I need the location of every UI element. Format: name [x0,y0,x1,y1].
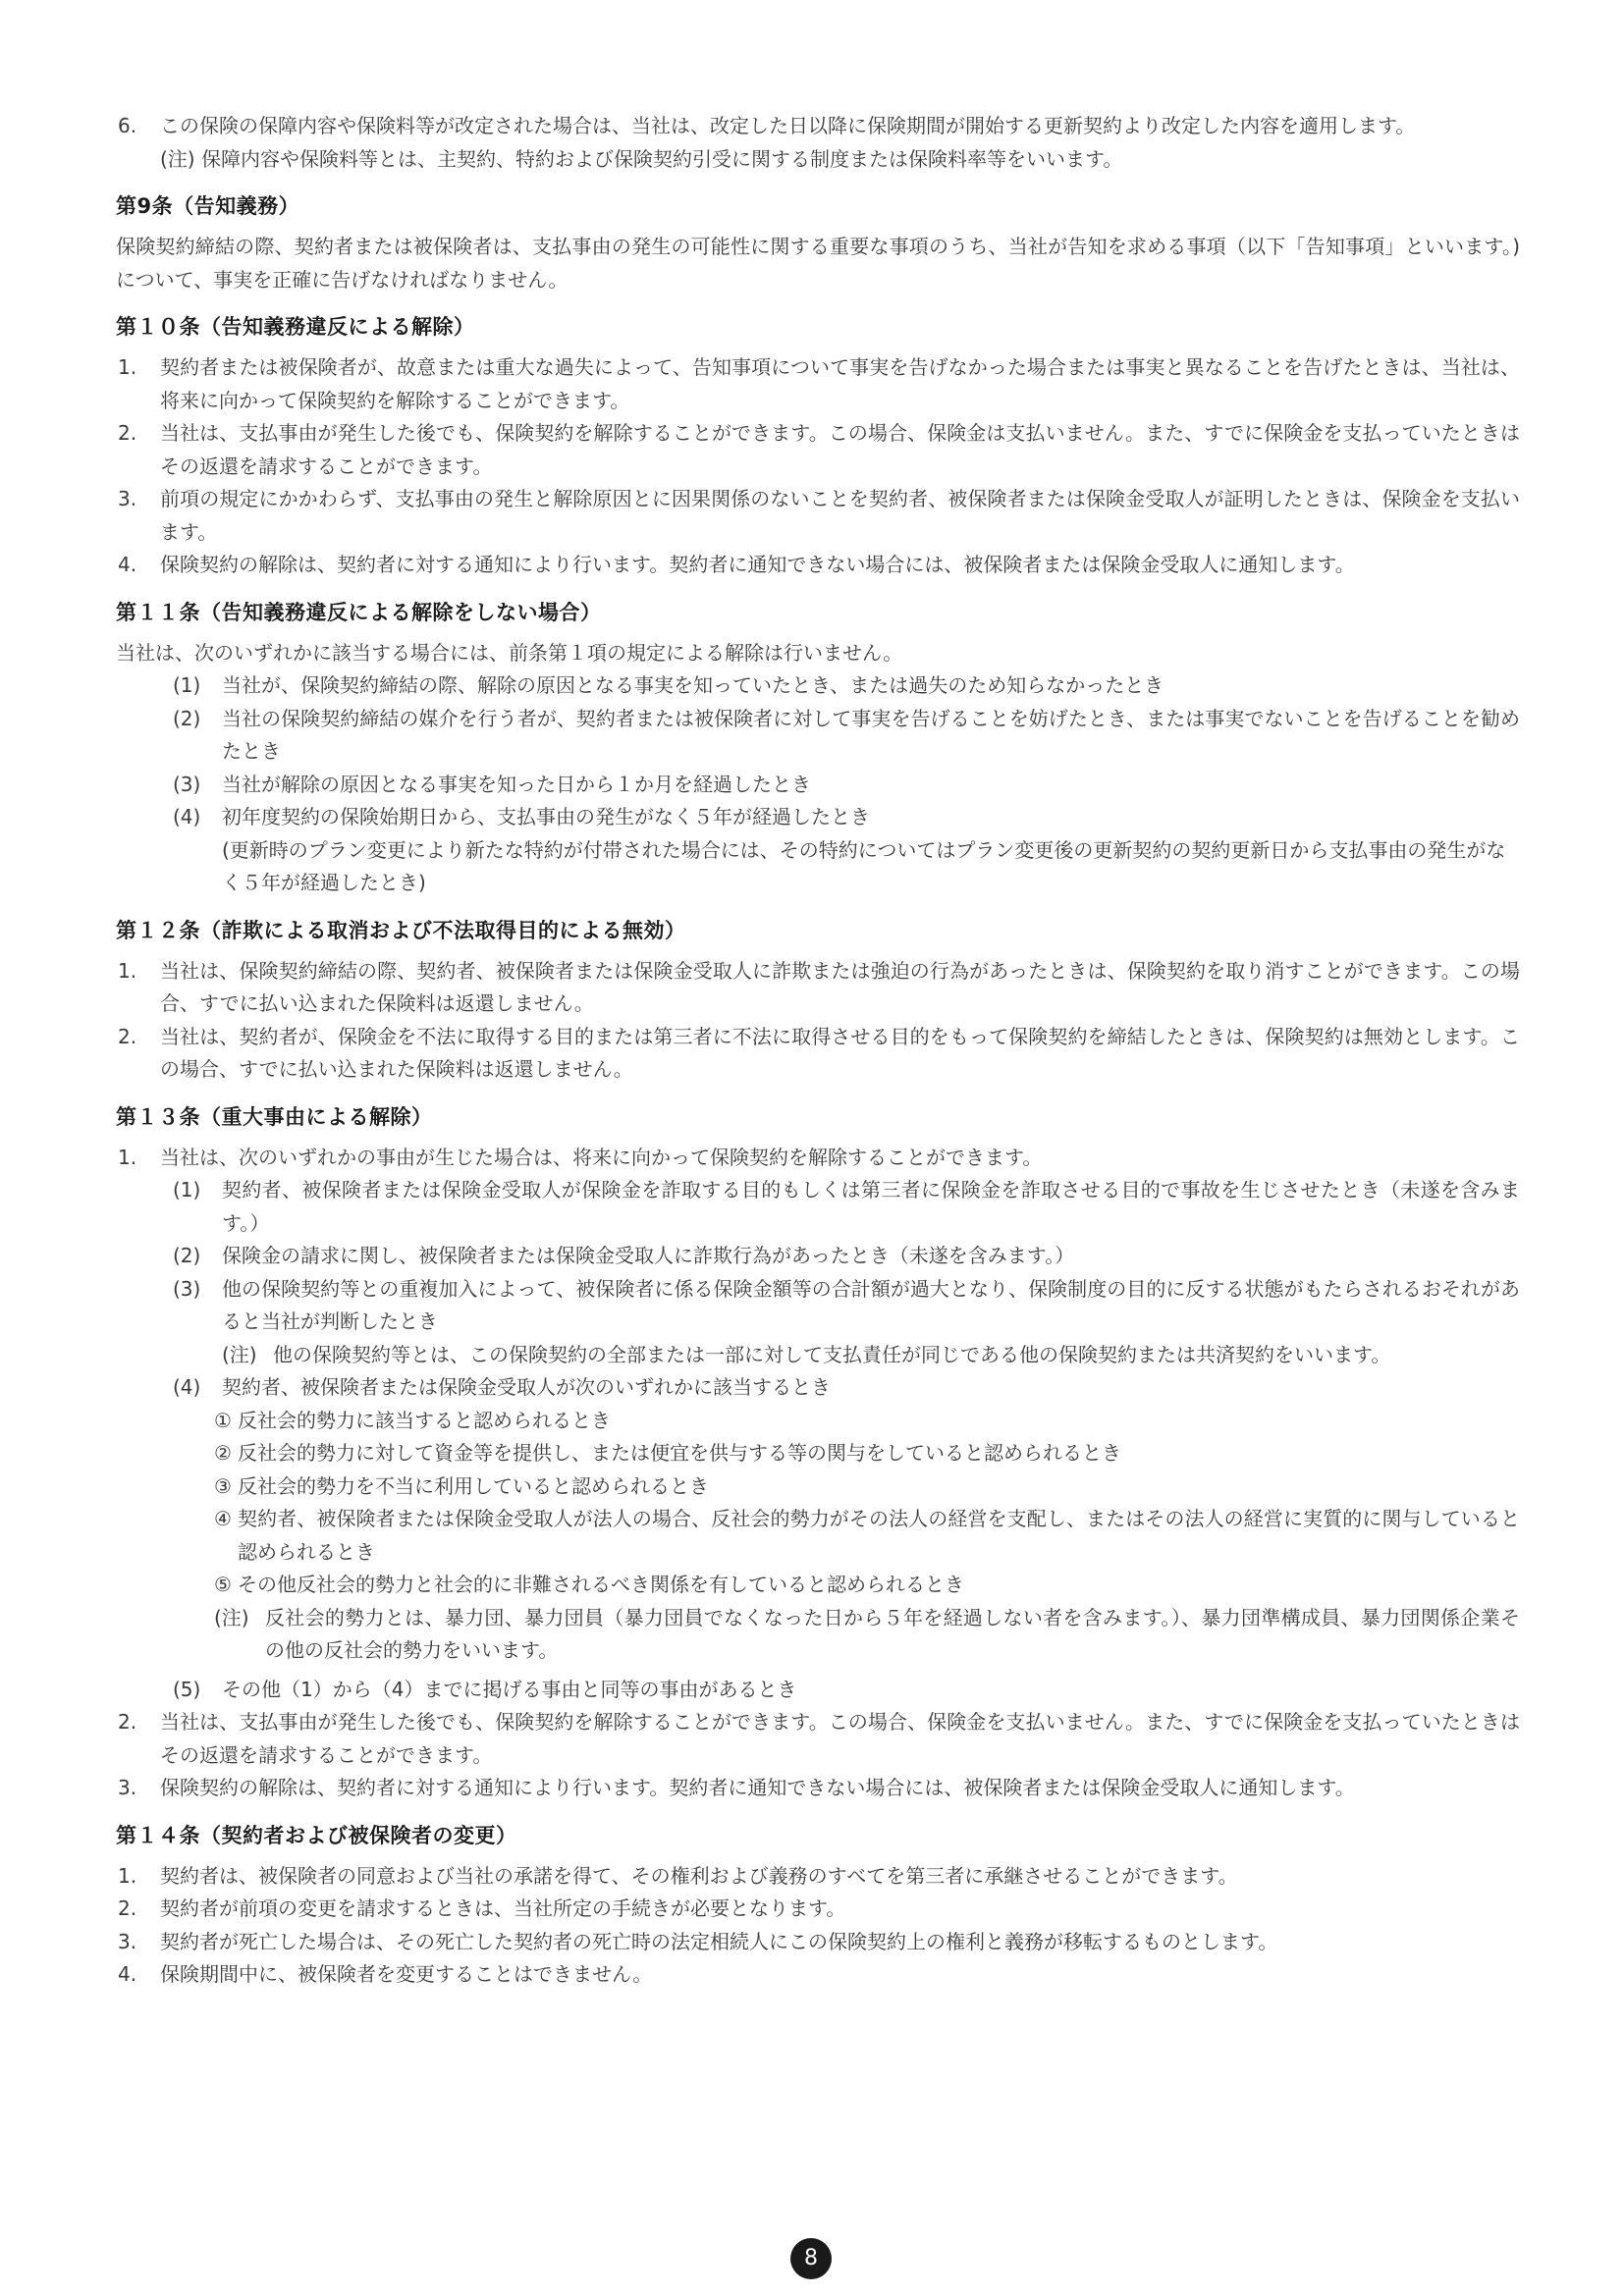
sub-item-number: (5) [173,1674,222,1707]
circled-item: ④ 契約者、被保険者または保険金受取人が法人の場合、反社会的勢力がその法人の経営… [116,1503,1520,1569]
article-10: 第１０条（告知義務違反による解除） 1. 契約者または被保険者が、故意または重大… [116,310,1520,582]
list-item: 3. 保険契約の解除は、契約者に対する通知により行います。契約者に通知できない場… [116,1772,1520,1805]
note-label: (注) [222,1339,273,1372]
item-number: 3. [116,1926,160,1959]
item-number: 1. [116,1860,160,1894]
item-text: 保険期間中に、被保険者を変更することはできません。 [160,1958,1520,1992]
circled-item: ⑤ その他反社会的勢力と社会的に非難されるべき関係を有していると認められるとき [116,1569,1520,1602]
sub-item-text: 契約者、被保険者または保険金受取人が次のいずれかに該当するとき [222,1371,1520,1405]
list-item: 2. 当社は、支払事由が発生した後でも、保険契約を解除することができます。この場… [116,1706,1520,1772]
circled-number: ⑤ [214,1569,238,1602]
note-text: (注) 保障内容や保険料等とは、主契約、特約および保険契約引受に関する制度または… [116,143,1520,177]
item-number: 2. [116,1893,160,1926]
item-number: 1. [116,955,160,988]
circled-item: ② 反社会的勢力に対して資金等を提供し、または便宜を供与する等の関与をしていると… [116,1437,1520,1470]
item-text: 保険契約の解除は、契約者に対する通知により行います。契約者に通知できない場合には… [160,1772,1520,1805]
sub-item-text: 初年度契約の保険始期日から、支払事由の発生がなく５年が経過したとき [222,801,1520,834]
list-item: 2. 当社は、契約者が、保険金を不法に取得する目的または第三者に不法に取得させる… [116,1021,1520,1087]
list-item: 1. 当社は、次のいずれかの事由が生じた場合は、将来に向かって保険契約を解除する… [116,1142,1520,1175]
sub-item-number: (4) [173,1371,222,1405]
item-text: 保険契約の解除は、契約者に対する通知により行います。契約者に通知できない場合には… [160,549,1520,582]
circled-number: ② [214,1437,238,1470]
item-number: 4. [116,549,160,582]
item-text: 当社は、次のいずれかの事由が生じた場合は、将来に向かって保険契約を解除することが… [160,1142,1520,1175]
sub-item-note: (注) 他の保険契約等とは、この保険契約の全部または一部に対して支払責任が同じで… [116,1339,1520,1372]
page-number-badge: 8 [790,2238,832,2279]
article-9: 第9条（告知義務） 保険契約締結の際、契約者または被保険者は、支払事由の発生の可… [116,189,1520,296]
item-text: 当社は、支払事由が発生した後でも、保険契約を解除することができます。この場合、保… [160,1706,1520,1772]
article-heading: 第１３条（重大事由による解除） [116,1100,1520,1134]
circled-number: ① [214,1405,238,1438]
circled-text: その他反社会的勢力と社会的に非難されるべき関係を有していると認められるとき [238,1569,1520,1602]
list-item: 6. この保険の保障内容や保険料等が改定された場合は、当社は、改定した日以降に保… [116,110,1520,143]
sub-item-text: 当社が、保険契約締結の際、解除の原因となる事実を知っていたとき、または過失のため… [222,669,1520,703]
document-page: 6. この保険の保障内容や保険料等が改定された場合は、当社は、改定した日以降に保… [116,110,1520,1992]
list-item: 1. 契約者は、被保険者の同意および当社の承諾を得て、その権利および義務のすべて… [116,1860,1520,1894]
circled-number: ③ [214,1470,238,1504]
list-item: 1. 契約者または被保険者が、故意または重大な過失によって、告知事項について事実… [116,351,1520,417]
list-item: 1. 当社は、保険契約締結の際、契約者、被保険者または保険金受取人に詐欺または強… [116,955,1520,1021]
sub-item: (3) 当社が解除の原因となる事実を知った日から１か月を経過したとき [116,769,1520,802]
item-number: 3. [116,1772,160,1805]
article-intro: 当社は、次のいずれかに該当する場合には、前条第１項の規定による解除は行いません。 [116,637,1520,670]
article-heading: 第１０条（告知義務違反による解除） [116,310,1520,344]
article-14: 第１４条（契約者および被保険者の変更） 1. 契約者は、被保険者の同意および当社… [116,1819,1520,1992]
circled-text: 反社会的勢力に該当すると認められるとき [238,1405,1520,1438]
article-11: 第１１条（告知義務違反による解除をしない場合） 当社は、次のいずれかに該当する場… [116,596,1520,900]
item-number: 4. [116,1958,160,1992]
sub-item-text: 当社が解除の原因となる事実を知った日から１か月を経過したとき [222,769,1520,802]
sub-item-number: (1) [173,669,222,703]
article-body: 保険契約締結の際、契約者または被保険者は、支払事由の発生の可能性に関する重要な事… [116,231,1520,296]
item-number: 3. [116,483,160,516]
item-text: 当社は、保険契約締結の際、契約者、被保険者または保険金受取人に詐欺または強迫の行… [160,955,1520,1021]
item-text: 前項の規定にかかわらず、支払事由の発生と解除原因とに因果関係のないことを契約者、… [160,483,1520,549]
sub-item-note: (更新時のプラン変更により新たな特約が付帯された場合には、その特約についてはプラ… [116,834,1520,900]
item-text: 当社は、支払事由が発生した後でも、保険契約を解除することができます。この場合、保… [160,417,1520,483]
sub-item-text: 他の保険契約等との重複加入によって、被保険者に係る保険金額等の合計額が過大となり… [222,1273,1520,1339]
item-number: 1. [116,351,160,385]
item-text: 当社は、契約者が、保険金を不法に取得する目的または第三者に不法に取得させる目的を… [160,1021,1520,1087]
list-item: 3. 契約者が死亡した場合は、その死亡した契約者の死亡時の法定相続人にこの保険契… [116,1926,1520,1959]
item-number: 1. [116,1142,160,1175]
sub-item: (1) 当社が、保険契約締結の際、解除の原因となる事実を知っていたとき、または過… [116,669,1520,703]
list-item: 2. 当社は、支払事由が発生した後でも、保険契約を解除することができます。この場… [116,417,1520,483]
sub-item-text: その他（1）から（4）までに掲げる事由と同等の事由があるとき [222,1674,1520,1707]
list-item: 4. 保険契約の解除は、契約者に対する通知により行います。契約者に通知できない場… [116,549,1520,582]
article-8-continuation: 6. この保険の保障内容や保険料等が改定された場合は、当社は、改定した日以降に保… [116,110,1520,176]
sub-item-number: (2) [173,1240,222,1273]
item-text: 契約者が前項の変更を請求するときは、当社所定の手続きが必要となります。 [160,1893,1520,1926]
item-text: 契約者は、被保険者の同意および当社の承諾を得て、その権利および義務のすべてを第三… [160,1860,1520,1894]
sub-item-number: (2) [173,703,222,736]
sub-item-number: (3) [173,769,222,802]
circled-note: (注) 反社会的勢力とは、暴力団、暴力団員（暴力団員でなくなった日から５年を経過… [116,1602,1520,1668]
sub-item: (1) 契約者、被保険者または保険金受取人が保険金を詐取する目的もしくは第三者に… [116,1174,1520,1240]
list-item: 3. 前項の規定にかかわらず、支払事由の発生と解除原因とに因果関係のないことを契… [116,483,1520,549]
circled-item: ① 反社会的勢力に該当すると認められるとき [116,1405,1520,1438]
article-13: 第１３条（重大事由による解除） 1. 当社は、次のいずれかの事由が生じた場合は、… [116,1100,1520,1805]
sub-item: (3) 他の保険契約等との重複加入によって、被保険者に係る保険金額等の合計額が過… [116,1273,1520,1339]
item-number: 2. [116,417,160,451]
item-text: この保険の保障内容や保険料等が改定された場合は、当社は、改定した日以降に保険期間… [160,110,1520,143]
sub-item-text: 保険金の請求に関し、被保険者または保険金受取人に詐欺行為があったとき（未遂を含み… [222,1240,1520,1273]
list-item: 2. 契約者が前項の変更を請求するときは、当社所定の手続きが必要となります。 [116,1893,1520,1926]
article-heading: 第9条（告知義務） [116,189,1520,223]
item-number: 2. [116,1021,160,1054]
sub-item: (2) 保険金の請求に関し、被保険者または保険金受取人に詐欺行為があったとき（未… [116,1240,1520,1273]
circled-text: 反社会的勢力を不当に利用していると認められるとき [238,1470,1520,1504]
circled-text: 契約者、被保険者または保険金受取人が法人の場合、反社会的勢力がその法人の経営を支… [238,1503,1520,1569]
article-heading: 第１２条（詐欺による取消および不法取得目的による無効） [116,914,1520,947]
sub-item: (2) 当社の保険契約締結の媒介を行う者が、契約者または被保険者に対して事実を告… [116,703,1520,769]
sub-item: (5) その他（1）から（4）までに掲げる事由と同等の事由があるとき [116,1674,1520,1707]
item-number: 2. [116,1706,160,1739]
list-item: 4. 保険期間中に、被保険者を変更することはできません。 [116,1958,1520,1992]
sub-item-number: (3) [173,1273,222,1307]
circled-item: ③ 反社会的勢力を不当に利用していると認められるとき [116,1470,1520,1504]
item-number: 6. [116,110,160,143]
article-heading: 第１１条（告知義務違反による解除をしない場合） [116,596,1520,629]
item-text: 契約者が死亡した場合は、その死亡した契約者の死亡時の法定相続人にこの保険契約上の… [160,1926,1520,1959]
circled-text: 反社会的勢力に対して資金等を提供し、または便宜を供与する等の関与をしていると認め… [238,1437,1520,1470]
sub-item: (4) 初年度契約の保険始期日から、支払事由の発生がなく５年が経過したとき [116,801,1520,834]
article-heading: 第１４条（契約者および被保険者の変更） [116,1819,1520,1852]
sub-item-number: (4) [173,801,222,834]
note-text: 反社会的勢力とは、暴力団、暴力団員（暴力団員でなくなった日から５年を経過しない者… [265,1602,1520,1668]
sub-item-number: (1) [173,1174,222,1207]
note-text: 他の保険契約等とは、この保険契約の全部または一部に対して支払責任が同じである他の… [273,1339,1520,1372]
item-text: 契約者または被保険者が、故意または重大な過失によって、告知事項について事実を告げ… [160,351,1520,417]
note-label: (注) [214,1602,265,1668]
sub-item-text: 契約者、被保険者または保険金受取人が保険金を詐取する目的もしくは第三者に保険金を… [222,1174,1520,1240]
sub-item: (4) 契約者、被保険者または保険金受取人が次のいずれかに該当するとき [116,1371,1520,1405]
article-12: 第１２条（詐欺による取消および不法取得目的による無効） 1. 当社は、保険契約締… [116,914,1520,1087]
circled-number: ④ [214,1503,238,1569]
sub-item-text: 当社の保険契約締結の媒介を行う者が、契約者または被保険者に対して事実を告げること… [222,703,1520,769]
